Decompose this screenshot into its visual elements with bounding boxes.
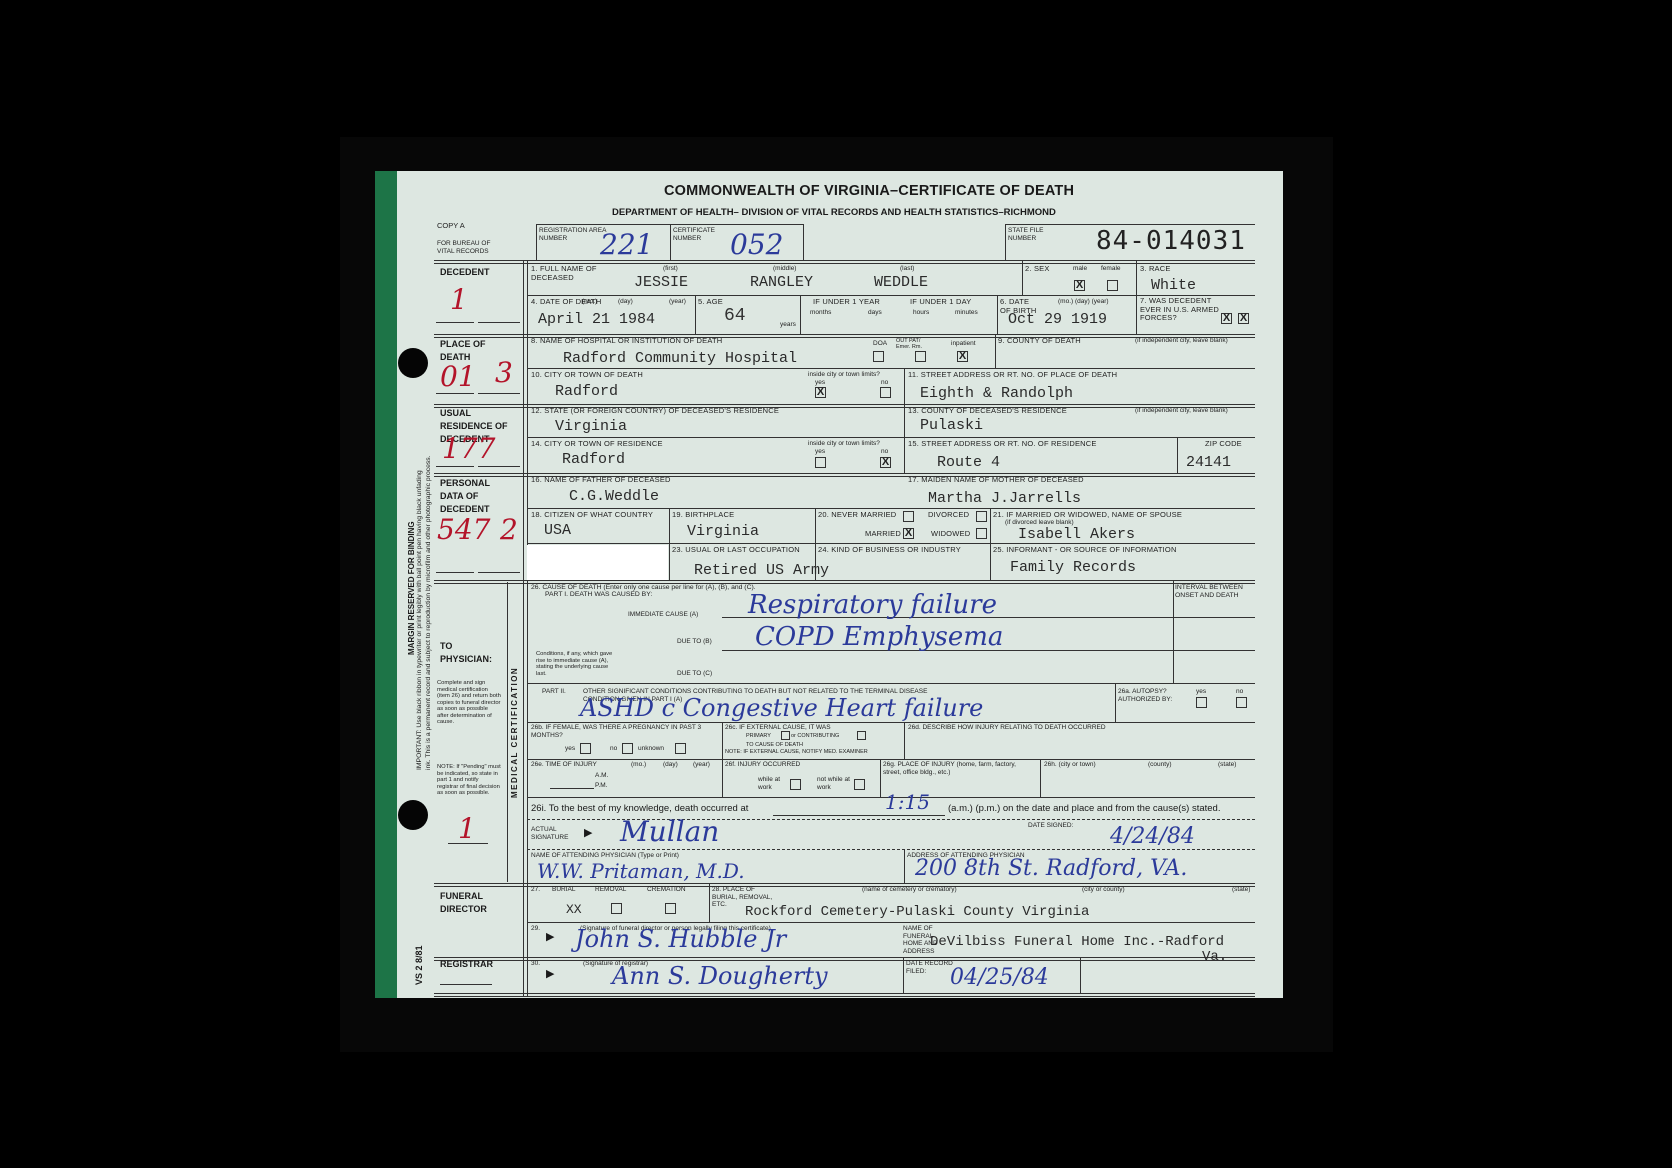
f20-label: 20. NEVER MARRIED xyxy=(818,511,896,520)
f26d-label: 26d. DESCRIBE HOW INJURY RELATING TO DEA… xyxy=(908,724,1106,732)
f10-no-label: no xyxy=(881,379,888,387)
f5-under-1-year: IF UNDER 1 YEAR xyxy=(813,298,880,307)
f26b-label: 26b. IF FEMALE, WAS THERE A PREGNANCY IN… xyxy=(531,724,711,739)
f2-male-checkbox[interactable]: X xyxy=(1074,280,1085,291)
f21-value[interactable]: Isabell Akers xyxy=(1018,526,1135,543)
f30-label: 30. xyxy=(531,960,540,968)
physician-signature[interactable]: Mullan xyxy=(620,815,719,848)
f27-cremation-checkbox[interactable] xyxy=(665,903,676,914)
form-number: VS 2 8/81 xyxy=(414,945,424,985)
f20-widowed-checkbox[interactable] xyxy=(976,528,987,539)
f20-married-checkbox[interactable]: X xyxy=(903,528,914,539)
f9-label: 9. COUNTY OF DEATH xyxy=(998,337,1081,346)
f1-middle[interactable]: RANGLEY xyxy=(750,274,813,291)
f14-limits-label: inside city or town limits? xyxy=(808,440,880,448)
f10-limits-label: inside city or town limits? xyxy=(808,371,880,379)
f26-due-to-b-label: DUE TO (B) xyxy=(677,638,712,646)
f26e-pm-label: P.M. xyxy=(595,782,608,790)
f15-label: 15. STREET ADDRESS OR RT. NO. OF RESIDEN… xyxy=(908,440,1097,449)
f13-value[interactable]: Pulaski xyxy=(920,417,983,434)
margin-reserved-text: MARGIN RESERVED FOR BINDING xyxy=(407,521,416,655)
f29-arrow-icon: ▶ xyxy=(546,930,554,943)
f26-interval-label: INTERVAL BETWEEN ONSET AND DEATH xyxy=(1175,584,1255,599)
f20-divorced-label: DIVORCED xyxy=(928,511,969,520)
f28-state-hint: (state) xyxy=(1232,886,1250,894)
date-signed[interactable]: 4/24/84 xyxy=(1110,824,1195,849)
f8-outpat-checkbox[interactable] xyxy=(915,351,926,362)
cert-number-value: 052 xyxy=(730,228,783,261)
f14-value[interactable]: Radford xyxy=(562,451,625,468)
f10-no-checkbox[interactable] xyxy=(880,387,891,398)
f26e-day-label: (day) xyxy=(663,761,678,769)
f26e-year-label: (year) xyxy=(693,761,710,769)
f14-no-checkbox[interactable]: X xyxy=(880,457,891,468)
f1-middle-label: (middle) xyxy=(773,265,796,273)
pending-note: NOTE: If "Pending" must be indicated, so… xyxy=(437,764,501,797)
ssn-redaction xyxy=(527,545,668,580)
f13-label: 13. COUNTY OF DECEASED'S RESIDENCE xyxy=(908,407,1067,416)
physician-code: 1 xyxy=(458,812,476,845)
f28-city-hint: (city or county) xyxy=(1082,886,1125,894)
place-of-death-code-b: 3 xyxy=(495,356,513,389)
f2-label: 2. SEX xyxy=(1025,265,1050,274)
f5-hours-label: hours xyxy=(913,309,929,317)
f5-label: 5. AGE xyxy=(698,298,723,307)
f26-immediate-cause[interactable]: Respiratory failure xyxy=(748,590,997,620)
f26f-label: 26f. INJURY OCCURRED xyxy=(725,761,800,769)
f26i-suffix: (a.m.) (p.m.) on the date and place and … xyxy=(948,803,1220,814)
f3-value[interactable]: White xyxy=(1151,277,1196,294)
f30-filed-label: DATE RECORD FILED: xyxy=(906,960,956,975)
section-registrar: REGISTRAR xyxy=(440,958,493,971)
f27-removal-checkbox[interactable] xyxy=(611,903,622,914)
f27-removal-label: REMOVAL xyxy=(595,886,626,894)
f4-value[interactable]: April 21 1984 xyxy=(538,311,655,328)
f10-label: 10. CITY OR TOWN OF DEATH xyxy=(531,371,643,380)
punch-hole xyxy=(398,800,428,830)
f18-label: 18. CITIZEN OF WHAT COUNTRY xyxy=(531,511,653,520)
f26-immediate-label: IMMEDIATE CAUSE (A) xyxy=(628,611,698,619)
f26f-not-while-label: not while at work xyxy=(817,776,853,791)
f27-burial-label: BURIAL xyxy=(552,886,575,894)
f29-home-value2[interactable]: Va. xyxy=(1202,949,1227,965)
f5-value[interactable]: 64 xyxy=(724,306,746,326)
f14-label: 14. CITY OR TOWN OF RESIDENCE xyxy=(531,440,663,449)
f8-inpatient-checkbox[interactable]: X xyxy=(957,351,968,362)
copy-for-label: FOR BUREAU OF VITAL RECORDS xyxy=(437,240,497,255)
f26h-county-label: (county) xyxy=(1148,761,1171,769)
f11-value[interactable]: Eighth & Randolph xyxy=(920,385,1073,402)
state-file-label: STATE FILE NUMBER xyxy=(1008,227,1048,242)
f11-label: 11. STREET ADDRESS OR RT. NO. OF PLACE O… xyxy=(908,371,1117,380)
f7-label: 7. WAS DECEDENT EVER IN U.S. ARMED FORCE… xyxy=(1140,297,1224,323)
f28-value[interactable]: Rockford Cemetery-Pulaski County Virgini… xyxy=(745,904,1089,920)
physician-note: Complete and sign medical certification … xyxy=(437,680,501,726)
f26-part1: PART I. DEATH WAS CAUSED BY: xyxy=(545,591,652,599)
f26h-state-label: (state) xyxy=(1218,761,1236,769)
f4-mo-label: (mo.) xyxy=(582,298,597,306)
f3-label: 3. RACE xyxy=(1140,265,1171,274)
section-to-physician: TO PHYSICIAN: xyxy=(440,640,500,666)
f1-last-label: (last) xyxy=(900,265,914,273)
f26f-while-checkbox[interactable] xyxy=(790,779,801,790)
f12-value[interactable]: Virginia xyxy=(555,418,627,435)
f26a-yes-checkbox[interactable] xyxy=(1196,697,1207,708)
f26b-unknown-label: unknown xyxy=(638,745,664,753)
f26c-contributing-label: or CONTRIBUTING xyxy=(791,733,839,741)
f15-zip-label: ZIP CODE xyxy=(1205,440,1242,449)
f12-label: 12. STATE (OR FOREIGN COUNTRY) OF DECEAS… xyxy=(531,407,779,416)
date-signed-label: DATE SIGNED: xyxy=(1028,822,1073,830)
f26b-no-checkbox[interactable] xyxy=(622,743,633,754)
f1-first-label: (first) xyxy=(663,265,678,273)
f26a-no-label: no xyxy=(1236,688,1243,696)
important-note-line1: IMPORTANT: Use black ribbon in typewrite… xyxy=(416,470,423,770)
f26e-mo-label: (mo.) xyxy=(631,761,646,769)
binding-strip xyxy=(375,171,397,998)
f8-doa-label: DOA xyxy=(873,340,887,348)
f2-male-label: male xyxy=(1073,265,1087,273)
f17-value[interactable]: Martha J.Jarrells xyxy=(928,490,1081,507)
f26f-not-while-checkbox[interactable] xyxy=(854,779,865,790)
document-subtitle: DEPARTMENT OF HEALTH– DIVISION OF VITAL … xyxy=(612,207,1056,218)
f26e-label: 26e. TIME OF INJURY xyxy=(531,761,597,769)
f30-signature[interactable]: Ann S. Dougherty xyxy=(612,962,828,990)
f13-hint: (if independent city, leave blank) xyxy=(1135,407,1228,415)
f26c-note: NOTE: IF EXTERNAL CAUSE, NOTIFY MED. EXA… xyxy=(725,749,868,757)
f26i-time[interactable]: 1:15 xyxy=(885,790,930,814)
f8-inpatient-label: inpatient xyxy=(951,340,976,348)
section-funeral-director: FUNERAL DIRECTOR xyxy=(440,890,510,916)
f5-months-label: months xyxy=(810,309,831,317)
f26b-no-label: no xyxy=(610,745,617,753)
f6-hint: (mo.) (day) (year) xyxy=(1058,298,1109,306)
f26a-yes-label: yes xyxy=(1196,688,1206,696)
f23-value[interactable]: Retired US Army xyxy=(694,562,829,579)
f6-value[interactable]: Oct 29 1919 xyxy=(1008,311,1107,328)
f26a-label: 26a. AUTOPSY? AUTHORIZED BY: xyxy=(1118,688,1178,703)
f26g-label: 26g. PLACE OF INJURY (home, farm, factor… xyxy=(883,761,1033,776)
f26-conditions-note: Conditions, if any, which gave rise to i… xyxy=(536,651,616,677)
f15-zip[interactable]: 24141 xyxy=(1186,454,1231,471)
f5-unit: years xyxy=(780,321,796,329)
f19-label: 19. BIRTHPLACE xyxy=(672,511,734,520)
f20-divorced-checkbox[interactable] xyxy=(976,511,987,522)
f5-minutes-label: minutes xyxy=(955,309,978,317)
f29-signature[interactable]: John S. Hubble Jr xyxy=(575,925,786,953)
f16-value[interactable]: C.G.Weddle xyxy=(569,488,659,505)
f26-due-to-b[interactable]: COPD Emphysema xyxy=(755,622,1003,652)
f28-cemetery-hint: (name of cemetery or crematory) xyxy=(862,886,957,894)
f30-arrow-icon: ▶ xyxy=(546,967,554,980)
f18-value[interactable]: USA xyxy=(544,522,571,539)
f8-outpat-label: OUT PAT/ Emer. Rm. xyxy=(896,338,928,350)
important-note-line2: ink. This is a permanent record and subj… xyxy=(425,455,432,770)
f8-label: 8. NAME OF HOSPITAL OR INSTITUTION OF DE… xyxy=(531,337,722,346)
f8-doa-checkbox[interactable] xyxy=(873,351,884,362)
f7-no-checkbox[interactable]: X xyxy=(1238,313,1249,324)
copy-label: COPY A xyxy=(437,222,465,230)
f20-never-married-checkbox[interactable] xyxy=(903,511,914,522)
f14-yes-label: yes xyxy=(815,448,825,456)
f19-value[interactable]: Virginia xyxy=(687,523,759,540)
f27-label: 27. xyxy=(531,886,540,894)
personal-data-code-b: 2 xyxy=(500,513,518,546)
section-personal-data: PERSONAL DATA OF DECEDENT xyxy=(440,477,510,516)
f29-label: 29. xyxy=(531,925,540,933)
punch-hole xyxy=(398,348,428,378)
f25-value[interactable]: Family Records xyxy=(1010,559,1136,576)
f30-filed[interactable]: 04/25/84 xyxy=(950,965,1049,990)
place-of-death-code-a: 01 xyxy=(440,360,476,393)
f26c-label: 26c. IF EXTERNAL CAUSE, IT WAS xyxy=(725,724,831,732)
f20-widowed-label: WIDOWED xyxy=(931,530,970,539)
signature-arrow-icon: ▶ xyxy=(584,826,592,839)
cert-number-label: CERTIFICATE NUMBER xyxy=(673,227,718,242)
f29-home-value[interactable]: DeVilbiss Funeral Home Inc.-Radford xyxy=(930,934,1224,950)
f1-first[interactable]: JESSIE xyxy=(634,274,688,291)
f26-part2-label: PART II. xyxy=(542,688,566,696)
f5-under-1-day: IF UNDER 1 DAY xyxy=(910,298,971,307)
document-title: COMMONWEALTH OF VIRGINIA–CERTIFICATE OF … xyxy=(664,183,1074,199)
f4-year-label: (year) xyxy=(669,298,686,306)
f26c-contributing-checkbox[interactable] xyxy=(857,731,866,740)
f2-female-label: female xyxy=(1101,265,1121,273)
f16-label: 16. NAME OF FATHER OF DECEASED xyxy=(531,476,671,485)
f17-label: 17. MAIDEN NAME OF MOTHER OF DECEASED xyxy=(908,476,1084,485)
physician-name[interactable]: W.W. Pritaman, M.D. xyxy=(537,859,745,883)
f26b-yes-label: yes xyxy=(565,745,575,753)
f14-yes-checkbox[interactable] xyxy=(815,457,826,468)
f26h-label: 26h. (city or town) xyxy=(1044,761,1096,769)
f1-last[interactable]: WEDDLE xyxy=(874,274,928,291)
f26a-no-checkbox[interactable] xyxy=(1236,697,1247,708)
f26f-while-label: while at work xyxy=(758,776,788,791)
f15-value[interactable]: Route 4 xyxy=(937,454,1000,471)
f4-day-label: (day) xyxy=(618,298,633,306)
f24-label: 24. KIND OF BUSINESS OR INDUSTRY xyxy=(818,546,961,555)
f27-cremation-label: CREMATION xyxy=(647,886,686,894)
state-file-value: 84-014031 xyxy=(1096,226,1246,256)
f26-due-to-c-label: DUE TO (C) xyxy=(677,670,712,678)
f9-hint: (if independent city, leave blank) xyxy=(1135,337,1228,345)
f26b-yes-checkbox[interactable] xyxy=(580,743,591,754)
f26i-label: 26i. To the best of my knowledge, death … xyxy=(531,803,748,814)
f25-label: 25. INFORMANT - OR SOURCE OF INFORMATION xyxy=(993,546,1177,555)
f23-label: 23. USUAL OR LAST OCCUPATION xyxy=(672,546,800,555)
f1-label: 1. FULL NAME OF DECEASED xyxy=(531,265,611,282)
section-decedent: DECEDENT xyxy=(440,266,490,279)
f14-no-label: no xyxy=(881,448,888,456)
f7-yes-checkbox[interactable]: X xyxy=(1221,313,1232,324)
f26c-primary-checkbox[interactable] xyxy=(781,731,790,740)
f27-burial-checked[interactable]: XX xyxy=(566,902,582,917)
f26-part2-value[interactable]: ASHD c Congestive Heart failure xyxy=(580,694,983,722)
f8-value[interactable]: Radford Community Hospital xyxy=(563,350,797,367)
f2-female-checkbox[interactable] xyxy=(1107,280,1118,291)
f26e-am-label: A.M. xyxy=(595,772,608,780)
f10-yes-checkbox[interactable]: X xyxy=(815,387,826,398)
f20-married-label: MARRIED xyxy=(865,530,901,539)
decedent-code: 1 xyxy=(450,283,468,316)
physician-address[interactable]: 200 8th St. Radford, VA. xyxy=(915,856,1187,881)
f26c-primary-label: PRIMARY xyxy=(746,733,771,741)
usual-residence-code: 177 xyxy=(442,432,495,465)
f26b-unknown-checkbox[interactable] xyxy=(675,743,686,754)
f5-days-label: days xyxy=(868,309,882,317)
personal-data-code-a: 547 xyxy=(437,513,490,546)
section-medical-certification: MEDICAL CERTIFICATION xyxy=(510,667,519,798)
signature-label: ACTUAL SIGNATURE xyxy=(531,826,576,841)
reg-area-label: REGISTRATION AREA NUMBER xyxy=(539,227,609,242)
f10-value[interactable]: Radford xyxy=(555,383,618,400)
reg-area-value: 221 xyxy=(600,228,653,261)
